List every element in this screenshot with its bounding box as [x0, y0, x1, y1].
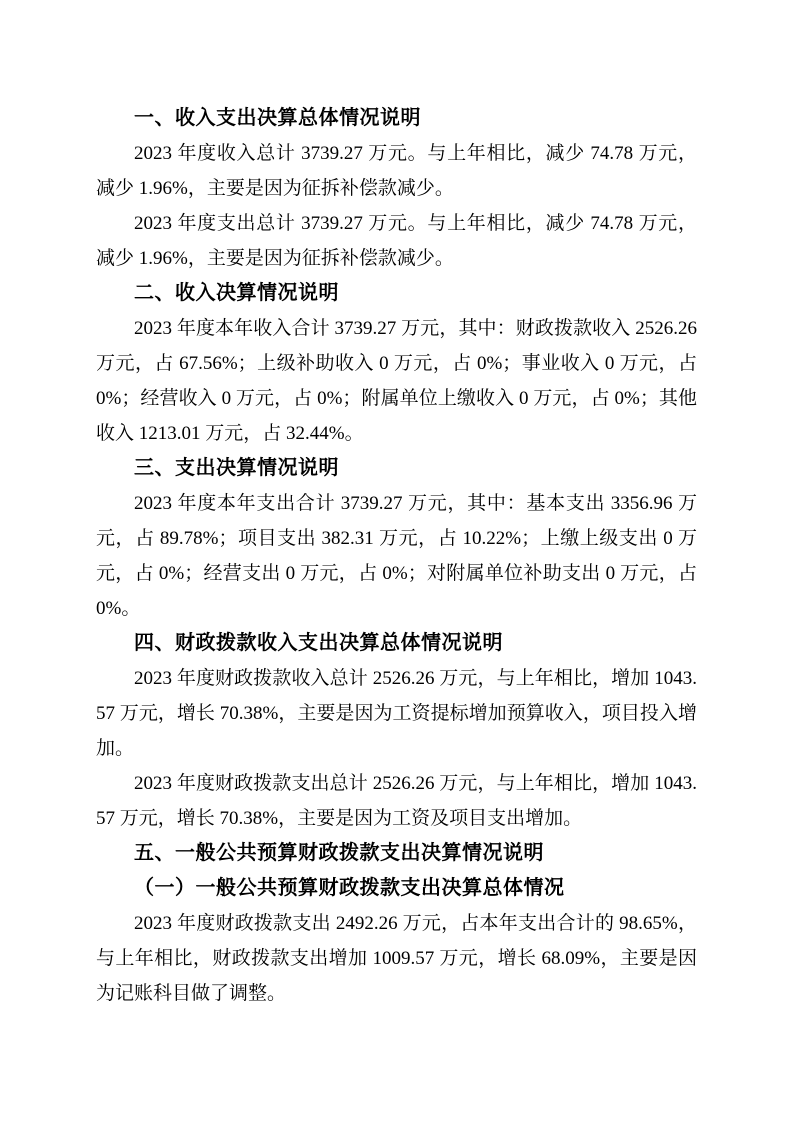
- paragraph-fiscal-appropriation-income: 2023 年度财政拨款收入总计 2526.26 万元，与上年相比，增加 1043…: [96, 661, 697, 766]
- section-heading-income-expenditure-overview: 一、收入支出决算总体情况说明: [96, 101, 697, 136]
- document-page: 一、收入支出决算总体情况说明 2023 年度收入总计 3739.27 万元。与上…: [0, 0, 793, 1122]
- paragraph-total-income: 2023 年度收入总计 3739.27 万元。与上年相比，减少 74.78 万元…: [96, 136, 697, 206]
- paragraph-expenditure-breakdown: 2023 年度本年支出合计 3739.27 万元，其中：基本支出 3356.96…: [96, 486, 697, 626]
- subsection-heading-general-public-budget-overview: （一）一般公共预算财政拨款支出决算总体情况: [96, 871, 697, 906]
- section-heading-expenditure-final-accounts: 三、支出决算情况说明: [96, 451, 697, 486]
- paragraph-fiscal-appropriation-expenditure: 2023 年度财政拨款支出总计 2526.26 万元，与上年相比，增加 1043…: [96, 766, 697, 836]
- paragraph-general-public-budget-detail: 2023 年度财政拨款支出 2492.26 万元，占本年支出合计的 98.65%…: [96, 906, 697, 1011]
- section-heading-income-final-accounts: 二、收入决算情况说明: [96, 276, 697, 311]
- paragraph-income-breakdown: 2023 年度本年收入合计 3739.27 万元，其中：财政拨款收入 2526.…: [96, 311, 697, 451]
- paragraph-total-expenditure: 2023 年度支出总计 3739.27 万元。与上年相比，减少 74.78 万元…: [96, 206, 697, 276]
- section-heading-general-public-budget-expenditure: 五、一般公共预算财政拨款支出决算情况说明: [96, 836, 697, 871]
- section-heading-fiscal-appropriation-overview: 四、财政拨款收入支出决算总体情况说明: [96, 626, 697, 661]
